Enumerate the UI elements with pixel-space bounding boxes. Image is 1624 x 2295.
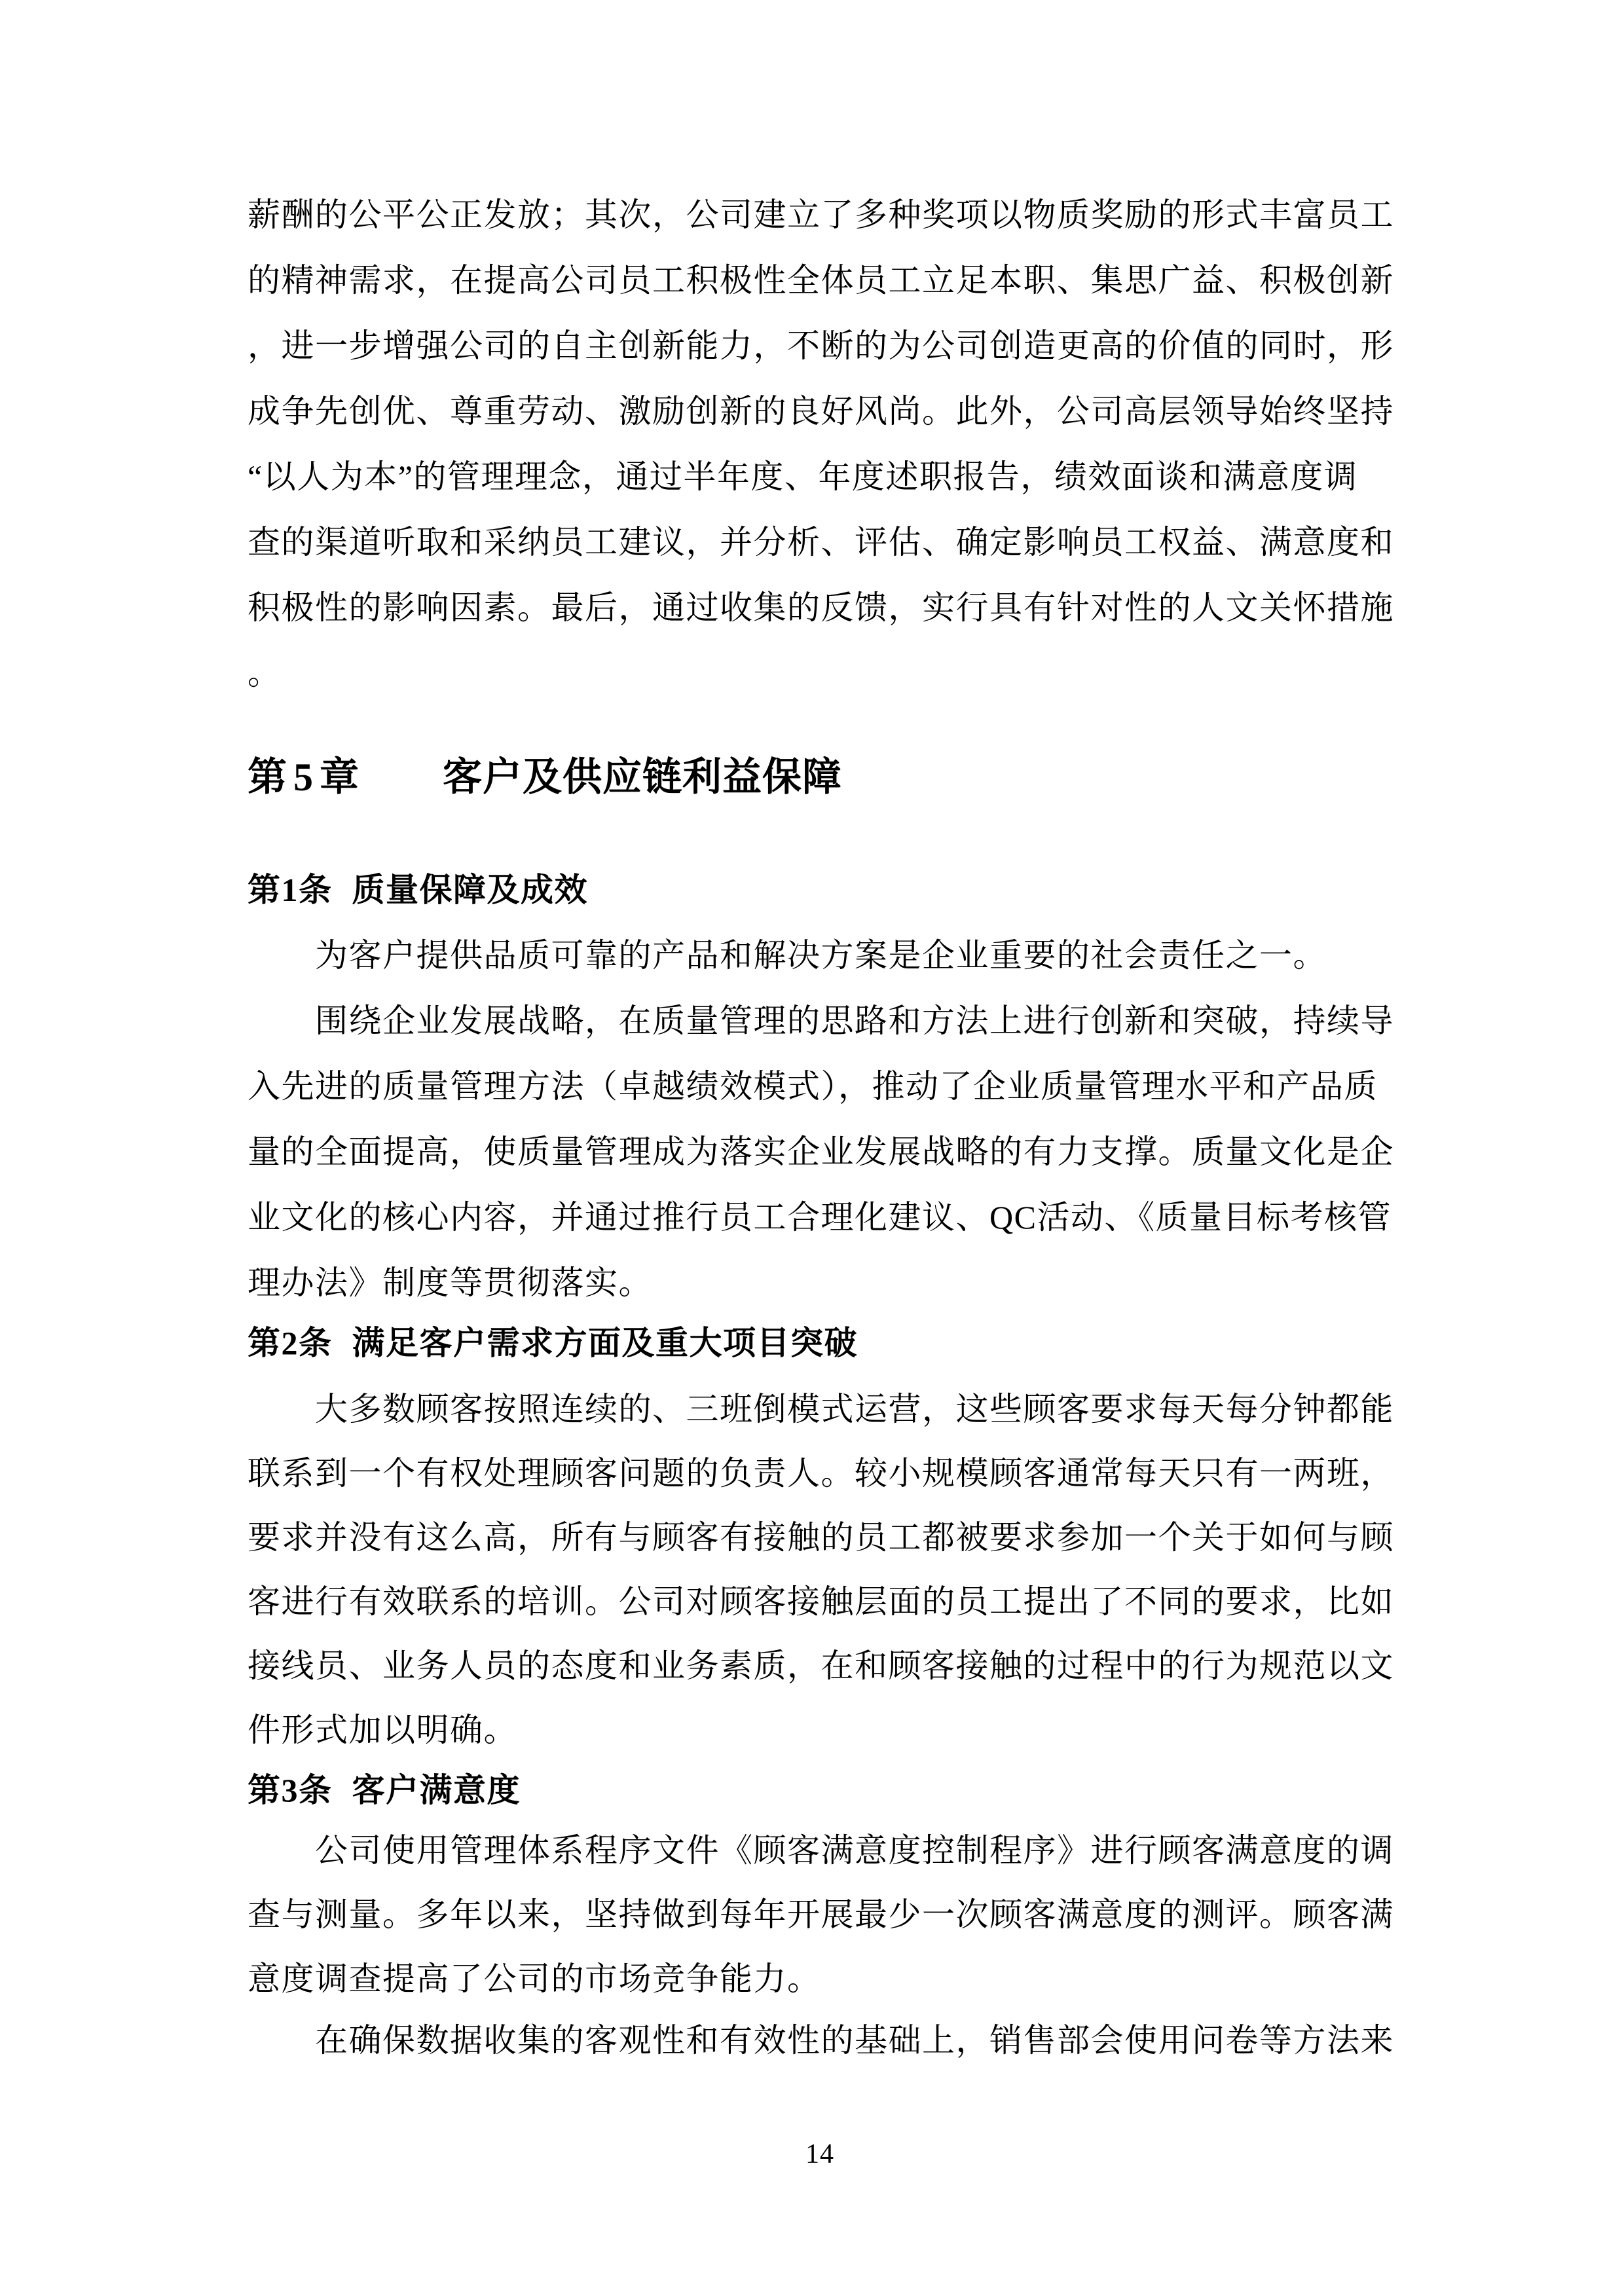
chapter-heading: 第5章客户及供应链利益保障 — [248, 748, 1403, 807]
text-line: 要求并没有这么高，所有与顾客有接触的员工都被要求参加一个关于如何与顾 — [248, 1505, 1403, 1570]
text-line: 业文化的核心内容，并通过推行员工合理化建议、QC活动、《质量目标考核管 — [248, 1184, 1403, 1250]
section-heading-1: 第1条 质量保障及成效 — [248, 857, 1403, 923]
text-line: 入先进的质量管理方法（卓越绩效模式），推动了企业质量管理水平和产品质 — [248, 1054, 1403, 1119]
section-heading-2: 第2条 满足客户需求方面及重大项目突破 — [248, 1310, 1403, 1376]
text-line: 薪酬的公平公正发放；其次，公司建立了多种奖项以物质奖励的形式丰富员工 — [248, 182, 1403, 248]
section-3-paragraph-1: 公司使用管理体系程序文件《顾客满意度控制程序》进行顾客满意度的调查与测量。多年以… — [248, 1818, 1403, 2011]
text-line: 的精神需求，在提高公司员工积极性全体员工立足本职、集思广益、积极创新 — [248, 248, 1403, 313]
document-page: 薪酬的公平公正发放；其次，公司建立了多种奖项以物质奖励的形式丰富员工的精神需求，… — [0, 0, 1624, 2295]
text-line: 大多数顾客按照连续的、三班倒模式运营，这些顾客要求每天每分钟都能 — [248, 1377, 1403, 1441]
text-line: 查的渠道听取和采纳员工建议，并分析、评估、确定影响员工权益、满意度和 — [248, 509, 1403, 575]
chapter-title: 客户及供应链利益保障 — [443, 756, 842, 799]
text-line: 客进行有效联系的培训。公司对顾客接触层面的员工提出了不同的要求，比如 — [248, 1570, 1403, 1634]
text-line: 联系到一个有权处理顾客问题的负责人。较小规模顾客通常每天只有一两班， — [248, 1441, 1403, 1505]
text-line: 。 — [248, 640, 1403, 706]
text-line: 积极性的影响因素。最后，通过收集的反馈，实行具有针对性的人文关怀措施 — [248, 575, 1403, 640]
section-2-paragraph-1: 大多数顾客按照连续的、三班倒模式运营，这些顾客要求每天每分钟都能联系到一个有权处… — [248, 1377, 1403, 1762]
text-line: 在确保数据收集的客观性和有效性的基础上，销售部会使用问卷等方法来 — [248, 2008, 1403, 2072]
text-line: 查与测量。多年以来，坚持做到每年开展最少一次顾客满意度的测评。顾客满 — [248, 1882, 1403, 1947]
text-line: 为客户提供品质可靠的产品和解决方案是企业重要的社会责任之一。 — [248, 923, 1403, 988]
section-1-paragraph-2: 围绕企业发展战略，在质量管理的思路和方法上进行创新和突破，持续导入先进的质量管理… — [248, 988, 1403, 1315]
section-1-paragraph-1: 为客户提供品质可靠的产品和解决方案是企业重要的社会责任之一。 — [248, 923, 1403, 988]
text-line: 围绕企业发展战略，在质量管理的思路和方法上进行创新和突破，持续导 — [248, 988, 1403, 1054]
text-line: 接线员、业务人员的态度和业务素质，在和顾客接触的过程中的行为规范以文 — [248, 1634, 1403, 1698]
text-line: “以人为本”的管理理念，通过半年度、年度述职报告，绩效面谈和满意度调 — [248, 444, 1403, 509]
page-number: 14 — [248, 2140, 1392, 2169]
chapter-number: 第5章 — [248, 756, 365, 799]
paragraph-continuation: 薪酬的公平公正发放；其次，公司建立了多种奖项以物质奖励的形式丰富员工的精神需求，… — [248, 182, 1403, 706]
text-line: 件形式加以明确。 — [248, 1698, 1403, 1762]
text-line: 量的全面提高，使质量管理成为落实企业发展战略的有力支撑。质量文化是企 — [248, 1119, 1403, 1184]
text-line: 公司使用管理体系程序文件《顾客满意度控制程序》进行顾客满意度的调 — [248, 1818, 1403, 1882]
section-3-paragraph-2: 在确保数据收集的客观性和有效性的基础上，销售部会使用问卷等方法来 — [248, 2008, 1403, 2072]
text-line: ，进一步增强公司的自主创新能力，不断的为公司创造更高的价值的同时，形 — [248, 313, 1403, 378]
section-heading-3: 第3条 客户满意度 — [248, 1757, 1403, 1823]
text-line: 意度调查提高了公司的市场竞争能力。 — [248, 1947, 1403, 2011]
text-line: 理办法》制度等贯彻落实。 — [248, 1250, 1403, 1315]
text-line: 成争先创优、尊重劳动、激励创新的良好风尚。此外，公司高层领导始终坚持 — [248, 378, 1403, 444]
